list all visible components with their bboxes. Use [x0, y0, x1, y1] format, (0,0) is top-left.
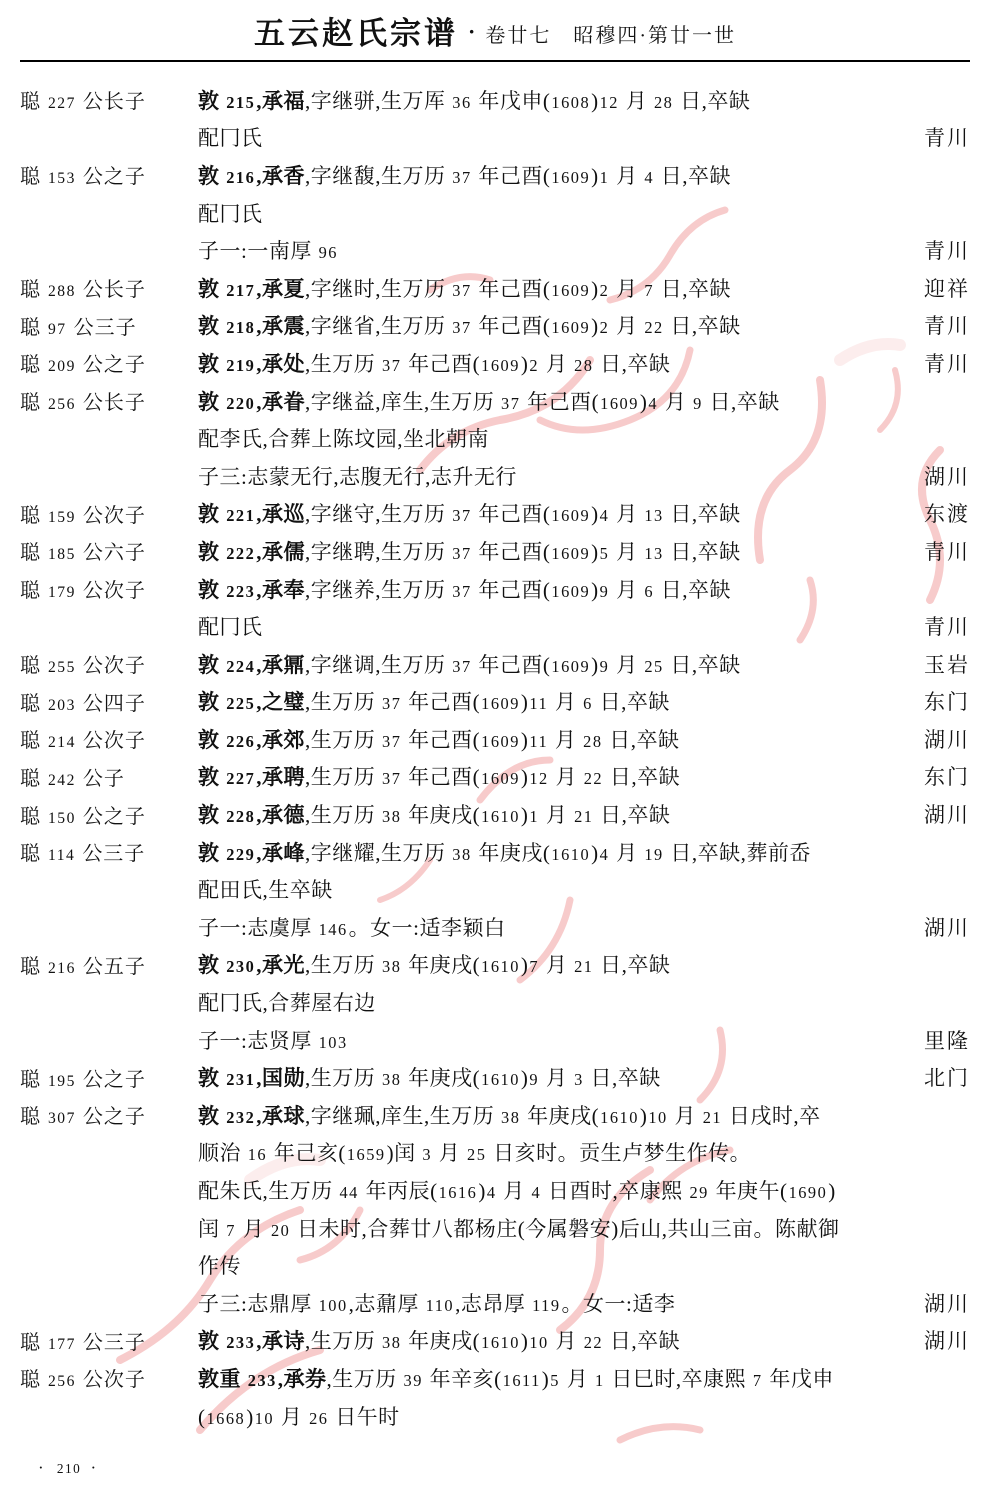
entry-detail: 作传 [198, 1254, 241, 1278]
entry-text: 敦 224,承鼏,字继调,生万历 37 年己酉(1609)9 月 25 日,卒缺 [198, 649, 908, 679]
entry-text: 子一:一南厚 96 [198, 235, 908, 265]
line-row: 配李氏,合葬上陈坟园,坐北朝南 [0, 419, 992, 457]
entry-detail: 配冂氏,合葬屋右边 [198, 991, 376, 1015]
place-name: 东门 [908, 761, 970, 791]
entry-name-bold: 敦 227,承聘 [198, 765, 305, 789]
entry-text: 敦 223,承奉,字继养,生万历 37 年己酉(1609)9 月 6 日,卒缺 [198, 574, 908, 604]
entry-text: (1668)10 月 26 日午时 [198, 1401, 908, 1431]
line-row: 聪 203 公四子 敦 225,之璧,生万历 37 年己酉(1609)11 月 … [0, 683, 992, 721]
entry-name-bold: 敦 219,承处 [198, 352, 305, 376]
line-row: 聪 307 公之子 敦 232,承球,字继珮,庠生,生万历 38 年庚戌(161… [0, 1096, 992, 1134]
place-name: 北门 [908, 1062, 970, 1092]
page-title: 五云赵氏宗谱 [254, 8, 458, 53]
entry-detail: 配朱氏,生万历 44 年丙辰(1616)4 月 4 日酉时,卒康熙 29 年庚午… [198, 1179, 836, 1203]
person-label: 聪 195 公之子 [20, 1063, 198, 1092]
entry-text: 敦 216,承香,字继馥,生万历 37 年己酉(1609)1 月 4 日,卒缺 [198, 160, 908, 190]
line-row: 子一:志贤厚 103 里隆 [0, 1021, 992, 1059]
entry-name-bold: 敦 221,承巡 [198, 502, 305, 526]
entry-text: 敦 231,国勋,生万历 38 年庚戌(1610)9 月 3 日,卒缺 [198, 1062, 908, 1092]
title-separator-dot: · [468, 19, 475, 45]
entry-detail: ,生万历 38 年庚戌(1610)10 月 22 日,卒缺 [305, 1329, 680, 1353]
person-label: 聪 177 公三子 [20, 1326, 198, 1355]
person-label: 聪 153 公之子 [20, 160, 198, 189]
place-name: 湖川 [908, 1288, 970, 1318]
entry-text: 敦 233,承诗,生万历 38 年庚戌(1610)10 月 22 日,卒缺 [198, 1325, 908, 1355]
entry-detail: 子三:志蒙无行,志腹无行,志升无行 [198, 465, 517, 489]
person-label: 聪 216 公五子 [20, 950, 198, 979]
person-label: 聪 179 公次子 [20, 574, 198, 603]
entry-text: 敦 215,承福,字继骈,生万厍 36 年戊申(1608)12 月 28 日,卒… [198, 85, 908, 115]
entry-detail: 配李氏,合葬上陈坟园,坐北朝南 [198, 427, 489, 451]
entry-text: 敦 221,承巡,字继守,生万历 37 年己酉(1609)4 月 13 日,卒缺 [198, 498, 908, 528]
entry-text: 子一:志贤厚 103 [198, 1025, 908, 1055]
page-header: 五云赵氏宗谱 · 卷廿七 昭穆四·第廿一世 [20, 0, 970, 62]
line-row: 聪 177 公三子 敦 233,承诗,生万历 38 年庚戌(1610)10 月 … [0, 1322, 992, 1360]
entry-detail: 顺治 16 年己亥(1659)闰 3 月 25 日亥时。贡生卢梦生作传。 [198, 1141, 751, 1165]
entry-text: 敦 222,承儒,字继聘,生万历 37 年己酉(1609)5 月 13 日,卒缺 [198, 536, 908, 566]
entry-text: 敦 217,承夏,字继时,生万历 37 年己酉(1609)2 月 7 日,卒缺 [198, 273, 908, 303]
entry-text: 配冂氏,合葬屋右边 [198, 987, 908, 1017]
place-name: 青川 [908, 536, 970, 566]
genealogy-lines: 聪 227 公长子 敦 215,承福,字继骈,生万厍 36 年戊申(1608)1… [0, 62, 992, 1434]
line-row: 聪 185 公六子 敦 222,承儒,字继聘,生万历 37 年己酉(1609)5… [0, 532, 992, 570]
entry-detail: 配冂氏 [198, 202, 263, 226]
line-row: 子一:志虞厚 146。女一:适李颖白 湖川 [0, 908, 992, 946]
person-label: 聪 256 公长子 [20, 386, 198, 415]
entry-detail: 子一:志贤厚 103 [198, 1029, 349, 1053]
entry-text: 配冂氏 [198, 122, 908, 152]
line-row: 配冂氏 青川 [0, 607, 992, 645]
entry-detail: (1668)10 月 26 日午时 [198, 1405, 400, 1429]
entry-text: 配朱氏,生万历 44 年丙辰(1616)4 月 4 日酉时,卒康熙 29 年庚午… [198, 1175, 908, 1205]
entry-name-bold: 敦 228,承德 [198, 803, 305, 827]
place-name: 湖川 [908, 1325, 970, 1355]
line-row: 聪 179 公次子 敦 223,承奉,字继养,生万历 37 年己酉(1609)9… [0, 570, 992, 608]
line-row: 聪 195 公之子 敦 231,国勋,生万历 38 年庚戌(1610)9 月 3… [0, 1058, 992, 1096]
line-row: 配朱氏,生万历 44 年丙辰(1616)4 月 4 日酉时,卒康熙 29 年庚午… [0, 1171, 992, 1209]
line-row: 聪 153 公之子 敦 216,承香,字继馥,生万历 37 年己酉(1609)1… [0, 156, 992, 194]
line-row: 聪 227 公长子 敦 215,承福,字继骈,生万厍 36 年戊申(1608)1… [0, 81, 992, 119]
place-name: 湖川 [908, 912, 970, 942]
line-row: 聪 288 公长子 敦 217,承夏,字继时,生万历 37 年己酉(1609)2… [0, 269, 992, 307]
entry-text: 敦 230,承光,生万历 38 年庚戌(1610)7 月 21 日,卒缺 [198, 949, 908, 979]
entry-detail: ,字继调,生万历 37 年己酉(1609)9 月 25 日,卒缺 [305, 653, 741, 677]
entry-name-bold: 敦 217,承夏 [198, 277, 305, 301]
entry-detail: 配田氏,生卒缺 [198, 878, 333, 902]
entry-detail: ,字继耀,生万历 38 年庚戌(1610)4 月 19 日,卒缺,葬前岙 [305, 841, 811, 865]
person-label: 聪 114 公三子 [20, 837, 198, 866]
person-label: 聪 97 公三子 [20, 311, 198, 340]
entry-text: 子三:志鼎厚 100,志鼐厚 110,志昂厚 119。女一:适李 [198, 1288, 908, 1318]
entry-name-bold: 敦 232,承球 [198, 1104, 305, 1128]
entry-detail: 闰 7 月 20 日未时,合葬廿八都杨庄(今属磐安)后山,共山三亩。陈献御 [198, 1217, 840, 1241]
entry-detail: 子一:志虞厚 146。女一:适李颖白 [198, 916, 505, 940]
entry-detail: 配冂氏 [198, 126, 263, 150]
entry-name-bold: 敦 223,承奉 [198, 578, 305, 602]
line-row: 闰 7 月 20 日未时,合葬廿八都杨庄(今属磐安)后山,共山三亩。陈献御 [0, 1209, 992, 1247]
entry-text: 子一:志虞厚 146。女一:适李颖白 [198, 912, 908, 942]
entry-text: 敦 225,之璧,生万历 37 年己酉(1609)11 月 6 日,卒缺 [198, 686, 908, 716]
entry-text: 配李氏,合葬上陈坟园,坐北朝南 [198, 423, 908, 453]
entry-name-bold: 敦 218,承震 [198, 314, 305, 338]
entry-text: 敦重 233,承券,生万历 39 年辛亥(1611)5 月 1 日巳时,卒康熙 … [198, 1363, 908, 1393]
place-name: 里隆 [908, 1025, 970, 1055]
entry-text: 敦 229,承峰,字继耀,生万历 38 年庚戌(1610)4 月 19 日,卒缺… [198, 837, 908, 867]
line-row: 作传 [0, 1246, 992, 1284]
entry-detail: ,生万历 38 年庚戌(1610)7 月 21 日,卒缺 [305, 953, 670, 977]
person-label: 聪 185 公六子 [20, 536, 198, 565]
place-name: 湖川 [908, 799, 970, 829]
entry-name-bold: 敦 226,承郊 [198, 728, 305, 752]
entry-name-bold: 敦 224,承鼏 [198, 653, 305, 677]
entry-detail: ,生万历 38 年庚戌(1610)1 月 21 日,卒缺 [305, 803, 670, 827]
volume-subtitle: 卷廿七 昭穆四·第廿一世 [485, 19, 736, 48]
entry-text: 子三:志蒙无行,志腹无行,志升无行 [198, 461, 908, 491]
line-row: 聪 256 公长子 敦 220,承眷,字继益,庠生,生万历 37 年己酉(160… [0, 382, 992, 420]
entry-text: 配田氏,生卒缺 [198, 874, 908, 904]
place-name: 青川 [908, 235, 970, 265]
person-label: 聪 227 公长子 [20, 85, 198, 114]
line-row: 聪 216 公五子 敦 230,承光,生万历 38 年庚戌(1610)7 月 2… [0, 946, 992, 984]
line-row: 聪 150 公之子 敦 228,承德,生万历 38 年庚戌(1610)1 月 2… [0, 795, 992, 833]
place-name: 青川 [908, 310, 970, 340]
entry-text: 敦 232,承球,字继珮,庠生,生万历 38 年庚戌(1610)10 月 21 … [198, 1100, 908, 1130]
line-row: 聪 114 公三子 敦 229,承峰,字继耀,生万历 38 年庚戌(1610)4… [0, 833, 992, 871]
place-name: 东门 [908, 686, 970, 716]
place-name: 玉岩 [908, 649, 970, 679]
entry-text: 敦 220,承眷,字继益,庠生,生万历 37 年己酉(1609)4 月 9 日,… [198, 386, 908, 416]
line-row: 配冂氏 青川 [0, 119, 992, 157]
person-label: 聪 307 公之子 [20, 1100, 198, 1129]
person-label: 聪 214 公次子 [20, 724, 198, 753]
line-row: 配冂氏 [0, 194, 992, 232]
entry-name-bold: 敦 220,承眷 [198, 390, 305, 414]
entry-detail: ,生万历 37 年己酉(1609)2 月 28 日,卒缺 [305, 352, 670, 376]
line-row: 配田氏,生卒缺 [0, 870, 992, 908]
line-row: 聪 255 公次子 敦 224,承鼏,字继调,生万历 37 年己酉(1609)9… [0, 645, 992, 683]
entry-detail: ,字继益,庠生,生万历 37 年己酉(1609)4 月 9 日,卒缺 [305, 390, 780, 414]
entry-name-bold: 敦 231,国勋 [198, 1066, 305, 1090]
entry-detail: ,字继聘,生万历 37 年己酉(1609)5 月 13 日,卒缺 [305, 540, 741, 564]
line-row: (1668)10 月 26 日午时 [0, 1397, 992, 1435]
line-row: 聪 97 公三子 敦 218,承震,字继省,生万历 37 年己酉(1609)2 … [0, 307, 992, 345]
entry-detail: ,字继养,生万历 37 年己酉(1609)9 月 6 日,卒缺 [305, 578, 731, 602]
entry-detail: ,生万历 38 年庚戌(1610)9 月 3 日,卒缺 [305, 1066, 661, 1090]
entry-detail: ,字继馥,生万历 37 年己酉(1609)1 月 4 日,卒缺 [305, 164, 731, 188]
entry-text: 配冂氏 [198, 198, 908, 228]
line-row: 子三:志鼎厚 100,志鼐厚 110,志昂厚 119。女一:适李 湖川 [0, 1284, 992, 1322]
entry-detail: 子一:一南厚 96 [198, 239, 339, 263]
entry-detail: ,字继骈,生万厍 36 年戊申(1608)12 月 28 日,卒缺 [305, 89, 750, 113]
person-label: 聪 255 公次子 [20, 649, 198, 678]
page-number: · 210 · [38, 1458, 100, 1478]
entry-text: 敦 218,承震,字继省,生万历 37 年己酉(1609)2 月 22 日,卒缺 [198, 310, 908, 340]
entry-text: 敦 228,承德,生万历 38 年庚戌(1610)1 月 21 日,卒缺 [198, 799, 908, 829]
place-name: 湖川 [908, 461, 970, 491]
genealogy-page: 五云赵氏宗谱 · 卷廿七 昭穆四·第廿一世 聪 227 公长子 敦 215,承福… [0, 0, 992, 1512]
person-label: 聪 150 公之子 [20, 800, 198, 829]
entry-text: 配冂氏 [198, 611, 908, 641]
place-name: 迎祥 [908, 273, 970, 303]
line-row: 聪 209 公之子 敦 219,承处,生万历 37 年己酉(1609)2 月 2… [0, 344, 992, 382]
person-label: 聪 203 公四子 [20, 687, 198, 716]
entry-detail: ,生万历 37 年己酉(1609)11 月 6 日,卒缺 [305, 690, 670, 714]
entry-name-bold: 敦 225,之璧 [198, 690, 305, 714]
line-row: 聪 242 公子 敦 227,承聘,生万历 37 年己酉(1609)12 月 2… [0, 758, 992, 796]
place-name: 青川 [908, 611, 970, 641]
line-row: 聪 159 公次子 敦 221,承巡,字继守,生万历 37 年己酉(1609)4… [0, 495, 992, 533]
entry-text: 作传 [198, 1250, 908, 1280]
place-name: 青川 [908, 348, 970, 378]
person-label: 聪 159 公次子 [20, 499, 198, 528]
entry-text: 敦 227,承聘,生万历 37 年己酉(1609)12 月 22 日,卒缺 [198, 761, 908, 791]
line-row: 子三:志蒙无行,志腹无行,志升无行 湖川 [0, 457, 992, 495]
entry-name-bold: 敦 215,承福 [198, 89, 305, 113]
entry-detail: ,生万历 37 年己酉(1609)12 月 22 日,卒缺 [305, 765, 680, 789]
line-row: 配冂氏,合葬屋右边 [0, 983, 992, 1021]
entry-detail: ,字继珮,庠生,生万历 38 年庚戌(1610)10 月 21 日戌时,卒 [305, 1104, 821, 1128]
entry-text: 敦 219,承处,生万历 37 年己酉(1609)2 月 28 日,卒缺 [198, 348, 908, 378]
entry-detail: ,字继时,生万历 37 年己酉(1609)2 月 7 日,卒缺 [305, 277, 731, 301]
person-label: 聪 209 公之子 [20, 348, 198, 377]
place-name: 青川 [908, 122, 970, 152]
entry-name-bold: 敦 233,承诗 [198, 1329, 305, 1353]
line-row: 聪 214 公次子 敦 226,承郊,生万历 37 年己酉(1609)11 月 … [0, 720, 992, 758]
person-label: 聪 242 公子 [20, 762, 198, 791]
entry-detail: ,生万历 37 年己酉(1609)11 月 28 日,卒缺 [305, 728, 679, 752]
entry-name-bold: 敦 222,承儒 [198, 540, 305, 564]
entry-detail: ,生万历 39 年辛亥(1611)5 月 1 日巳时,卒康熙 7 年戊申 [327, 1367, 834, 1391]
line-row: 子一:一南厚 96 青川 [0, 231, 992, 269]
entry-name-bold: 敦 230,承光 [198, 953, 305, 977]
entry-text: 顺治 16 年己亥(1659)闰 3 月 25 日亥时。贡生卢梦生作传。 [198, 1137, 908, 1167]
person-label: 聪 256 公次子 [20, 1363, 198, 1392]
entry-text: 敦 226,承郊,生万历 37 年己酉(1609)11 月 28 日,卒缺 [198, 724, 908, 754]
place-name: 湖川 [908, 724, 970, 754]
entry-detail: ,字继省,生万历 37 年己酉(1609)2 月 22 日,卒缺 [305, 314, 741, 338]
entry-name-bold: 敦重 233,承券 [198, 1367, 327, 1391]
entry-name-bold: 敦 229,承峰 [198, 841, 305, 865]
entry-detail: 配冂氏 [198, 615, 263, 639]
place-name: 东渡 [908, 498, 970, 528]
line-row: 聪 256 公次子 敦重 233,承券,生万历 39 年辛亥(1611)5 月 … [0, 1359, 992, 1397]
entry-name-bold: 敦 216,承香 [198, 164, 305, 188]
entry-detail: 子三:志鼎厚 100,志鼐厚 110,志昂厚 119。女一:适李 [198, 1292, 675, 1316]
person-label: 聪 288 公长子 [20, 273, 198, 302]
line-row: 顺治 16 年己亥(1659)闰 3 月 25 日亥时。贡生卢梦生作传。 [0, 1134, 992, 1172]
entry-text: 闰 7 月 20 日未时,合葬廿八都杨庄(今属磐安)后山,共山三亩。陈献御 [198, 1213, 908, 1243]
entry-detail: ,字继守,生万历 37 年己酉(1609)4 月 13 日,卒缺 [305, 502, 741, 526]
